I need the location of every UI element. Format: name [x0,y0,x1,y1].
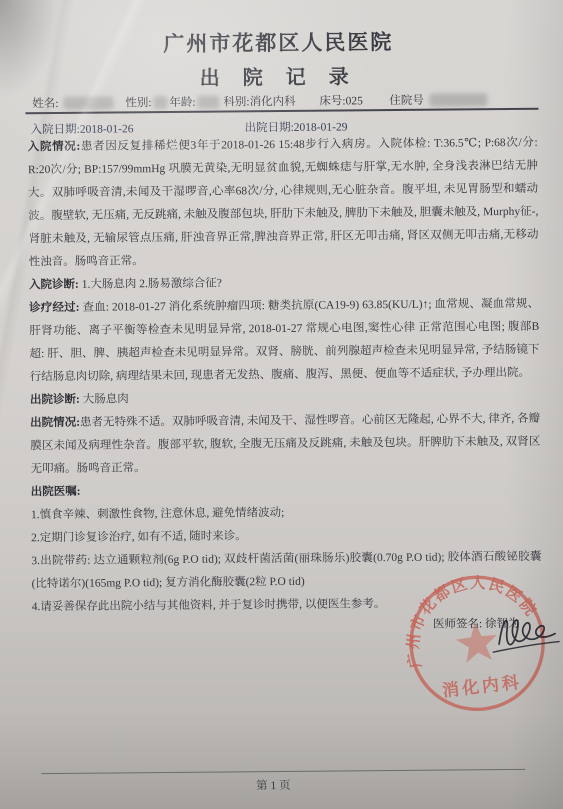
hospital-number-redacted [429,93,487,107]
section-text: 患者无特殊不适。双肺呼吸音清, 未闻及干、湿性啰音。心前区无隆起, 心界不大, … [30,413,540,475]
age-label: 年龄: [169,94,195,110]
section-text: 1.大肠息肉 2.肠易激综合征? [82,278,222,291]
section-label: 入院情况: [28,141,81,153]
section-admission-status: 入院情况:患者因反复排稀烂便3年于2018-01-26 15:48步行入病房。入… [28,132,539,274]
section-label: 出院诊断: [30,394,80,406]
gender-redacted [153,96,167,109]
section-discharge-status: 出院情况:患者无特殊不适。双肺呼吸音清, 未闻及干、湿性啰音。心前区无隆起, 心… [30,408,541,481]
section-label: 出院医嘱: [31,486,81,498]
gender-label: 性别: [125,94,151,110]
dates-row: 入院日期:2018-01-26 出院日期:2018-01-29 [0,117,560,122]
section-text: 大肠息肉 [83,393,129,405]
bed-number-field: 床号:025 [319,92,363,108]
document-title: 出 院 记 录 [0,59,560,93]
stamp-department: 消化内科 [441,672,523,701]
hospital-number-label: 住院号 [389,92,424,108]
footer-rule [41,769,525,774]
age-redacted [197,96,219,109]
hospital-name: 广州市花都区人民医院 [0,25,560,60]
section-label: 诊疗经过: [29,302,79,314]
signature-label: 医师签名: [433,618,482,630]
section-text: 患者因反复排稀烂便3年于2018-01-26 15:48步行入病房。入院体检: … [28,137,539,268]
discharge-record-sheet: 广州市花都区人民医院 出 院 记 录 姓名: 性别: 年龄: 科别:消化内科 床… [0,0,563,809]
page-number: 第 1 页 [3,775,543,796]
document-body: 入院情况:患者因反复排稀烂便3年于2018-01-26 15:48步行入病房。入… [28,132,542,619]
section-text: 查血: 2018-01-27 消化系统肿瘤四项: 糖类抗原(CA19-9) 63… [29,298,539,383]
name-label: 姓名: [32,95,58,111]
section-treatment-course: 诊疗经过: 查血: 2018-01-27 消化系统肿瘤四项: 糖类抗原(CA19… [29,293,540,389]
section-label: 入院诊断: [29,279,79,291]
name-redacted [63,96,113,109]
department-field: 科别:消化内科 [223,93,295,110]
handwritten-signature-scribble [489,604,562,663]
section-label: 出院情况: [30,417,80,429]
document-photo: 广州市花都区人民医院 出 院 记 录 姓名: 性别: 年龄: 科别:消化内科 床… [0,0,563,809]
